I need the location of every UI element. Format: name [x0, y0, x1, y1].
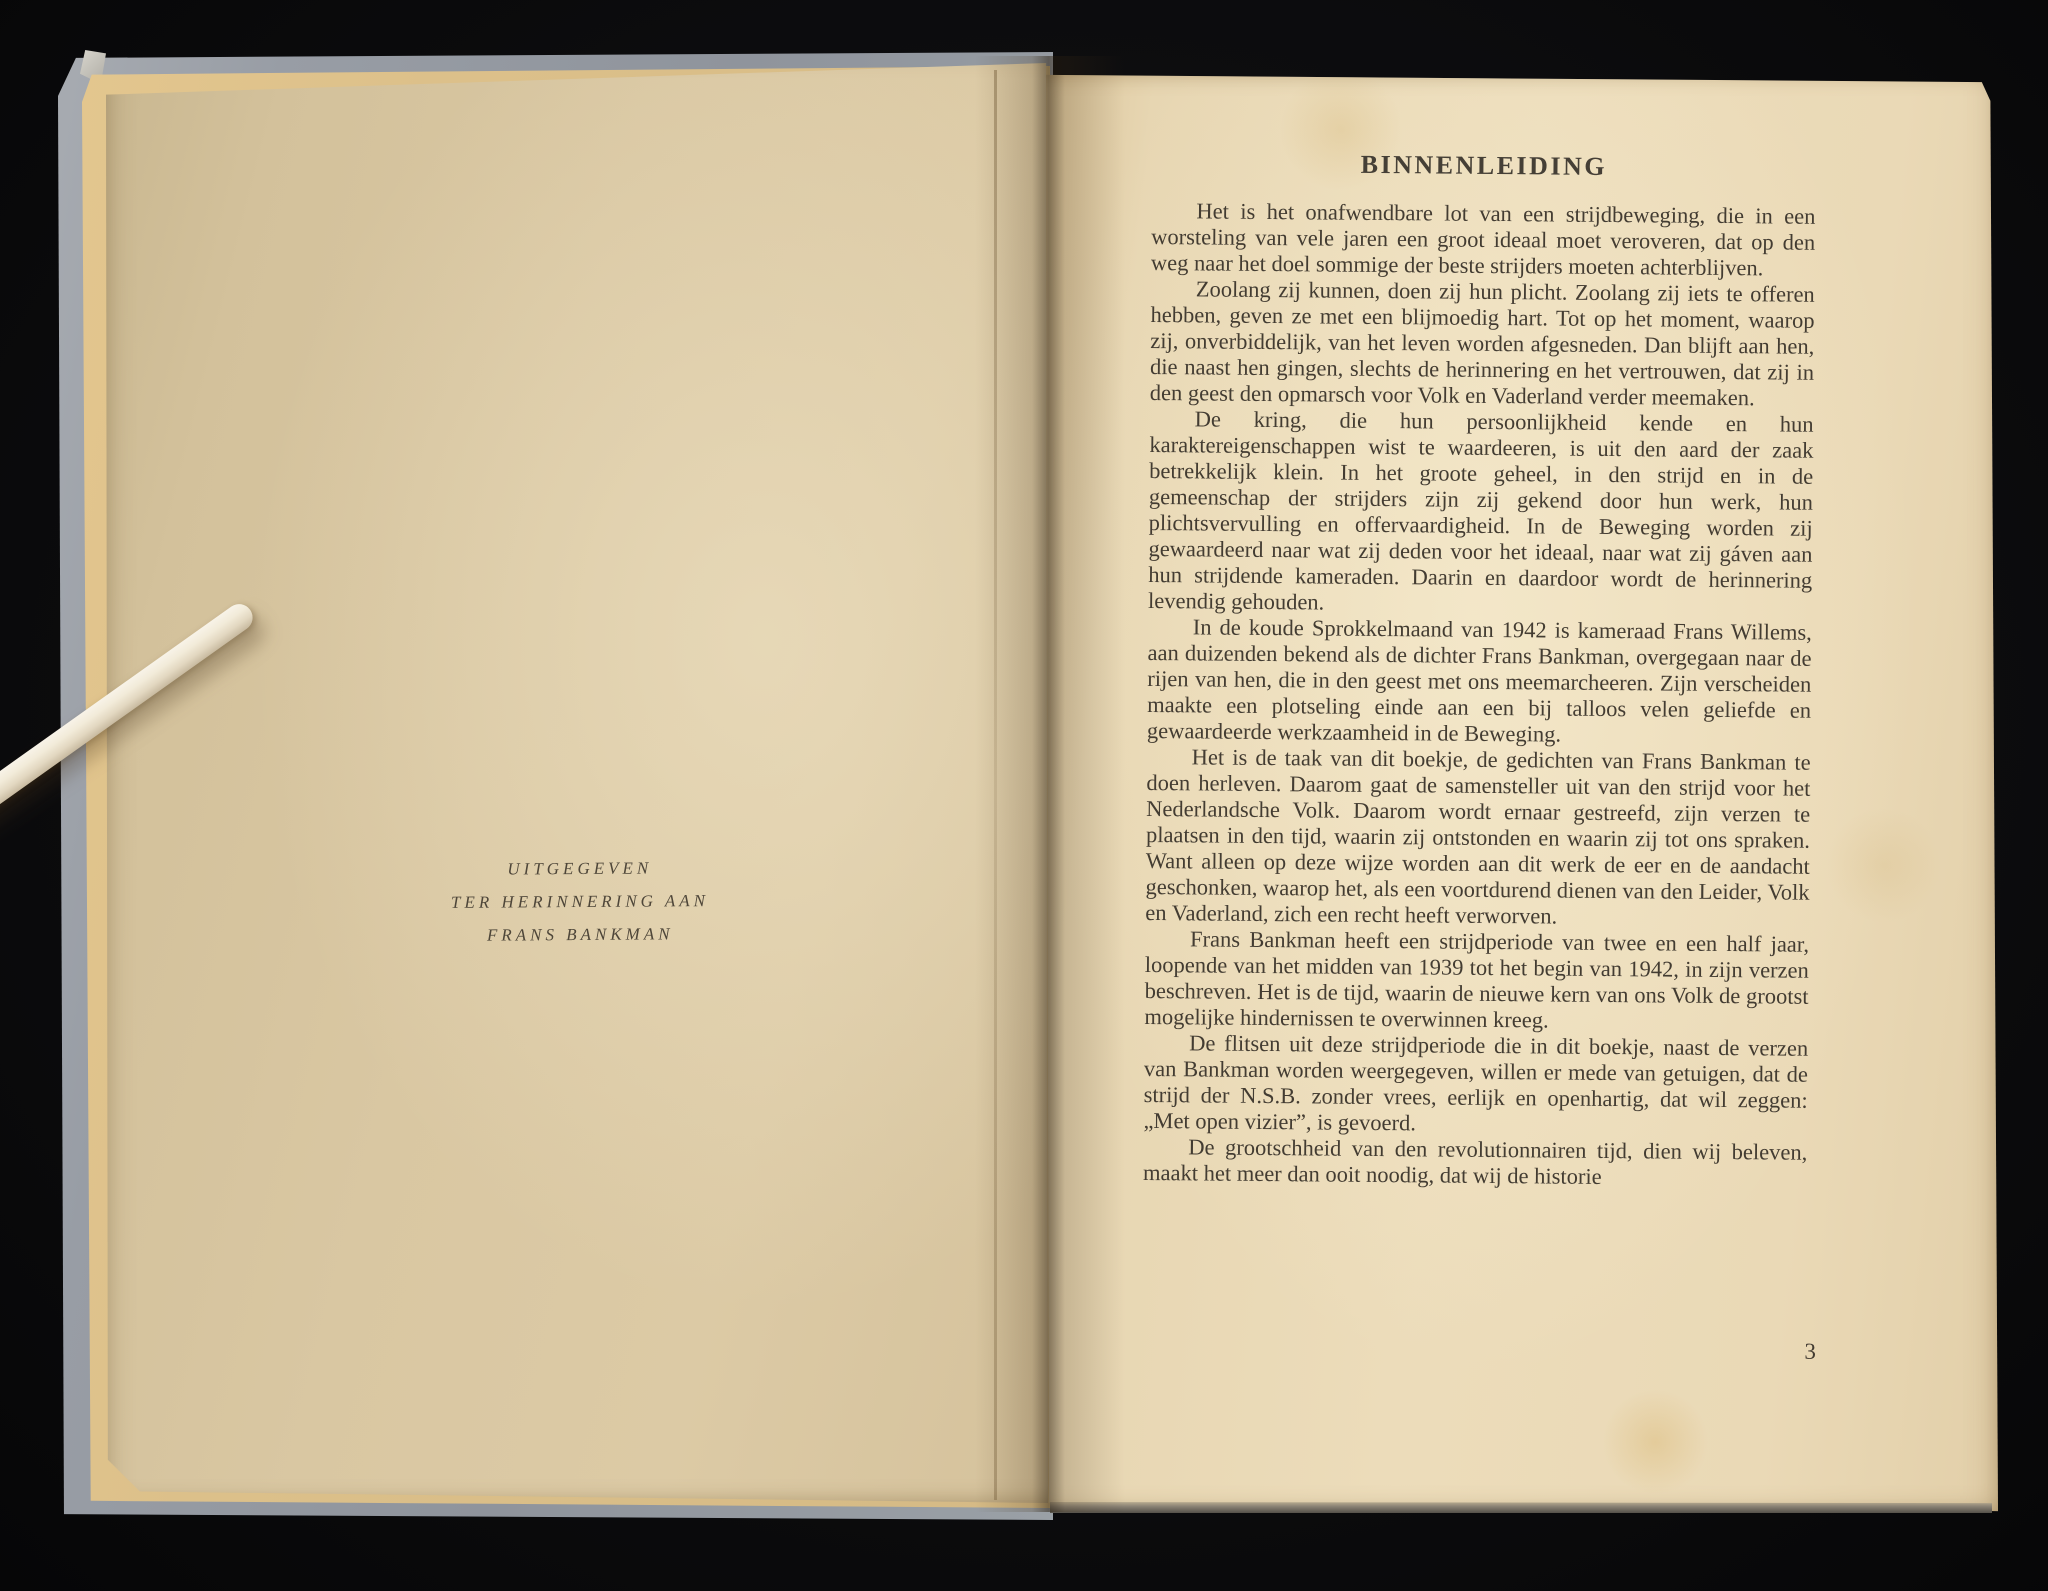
book-photo-scene: UITGEGEVEN TER HERINNERING AAN FRANS BAN… — [0, 0, 2048, 1591]
paragraph: Het is het onafwendbare lot van een stri… — [1151, 198, 1816, 282]
paragraph: De grootschheid van den revolutionnairen… — [1143, 1134, 1807, 1192]
chapter-heading: BINNENLEIDING — [1152, 148, 1816, 184]
paragraph: In de koude Sprokkelmaand van 1942 is ka… — [1147, 614, 1812, 750]
dedication-line-2: TER HERINNERING AAN — [380, 884, 780, 920]
paragraph: Frans Bankman heeft een strijdperiode va… — [1144, 926, 1809, 1036]
dedication-block: UITGEGEVEN TER HERINNERING AAN FRANS BAN… — [380, 851, 781, 953]
paragraph: De flitsen uit deze strijdperiode die in… — [1143, 1030, 1808, 1140]
introduction-text-block: BINNENLEIDING Het is het onafwendbare lo… — [1143, 148, 1816, 1192]
paragraph: De kring, die hun persoonlijkheid kende … — [1148, 406, 1814, 620]
dedication-line-3: FRANS BANKMAN — [380, 917, 780, 953]
paragraph: Het is de taak van dit boekje, de gedich… — [1145, 744, 1811, 932]
paragraph: Zoolang zij kunnen, doen zij hun plicht.… — [1150, 276, 1815, 412]
left-page — [106, 63, 1048, 1503]
dedication-line-1: UITGEGEVEN — [380, 851, 780, 887]
page-stack-edge — [1050, 1502, 1992, 1513]
